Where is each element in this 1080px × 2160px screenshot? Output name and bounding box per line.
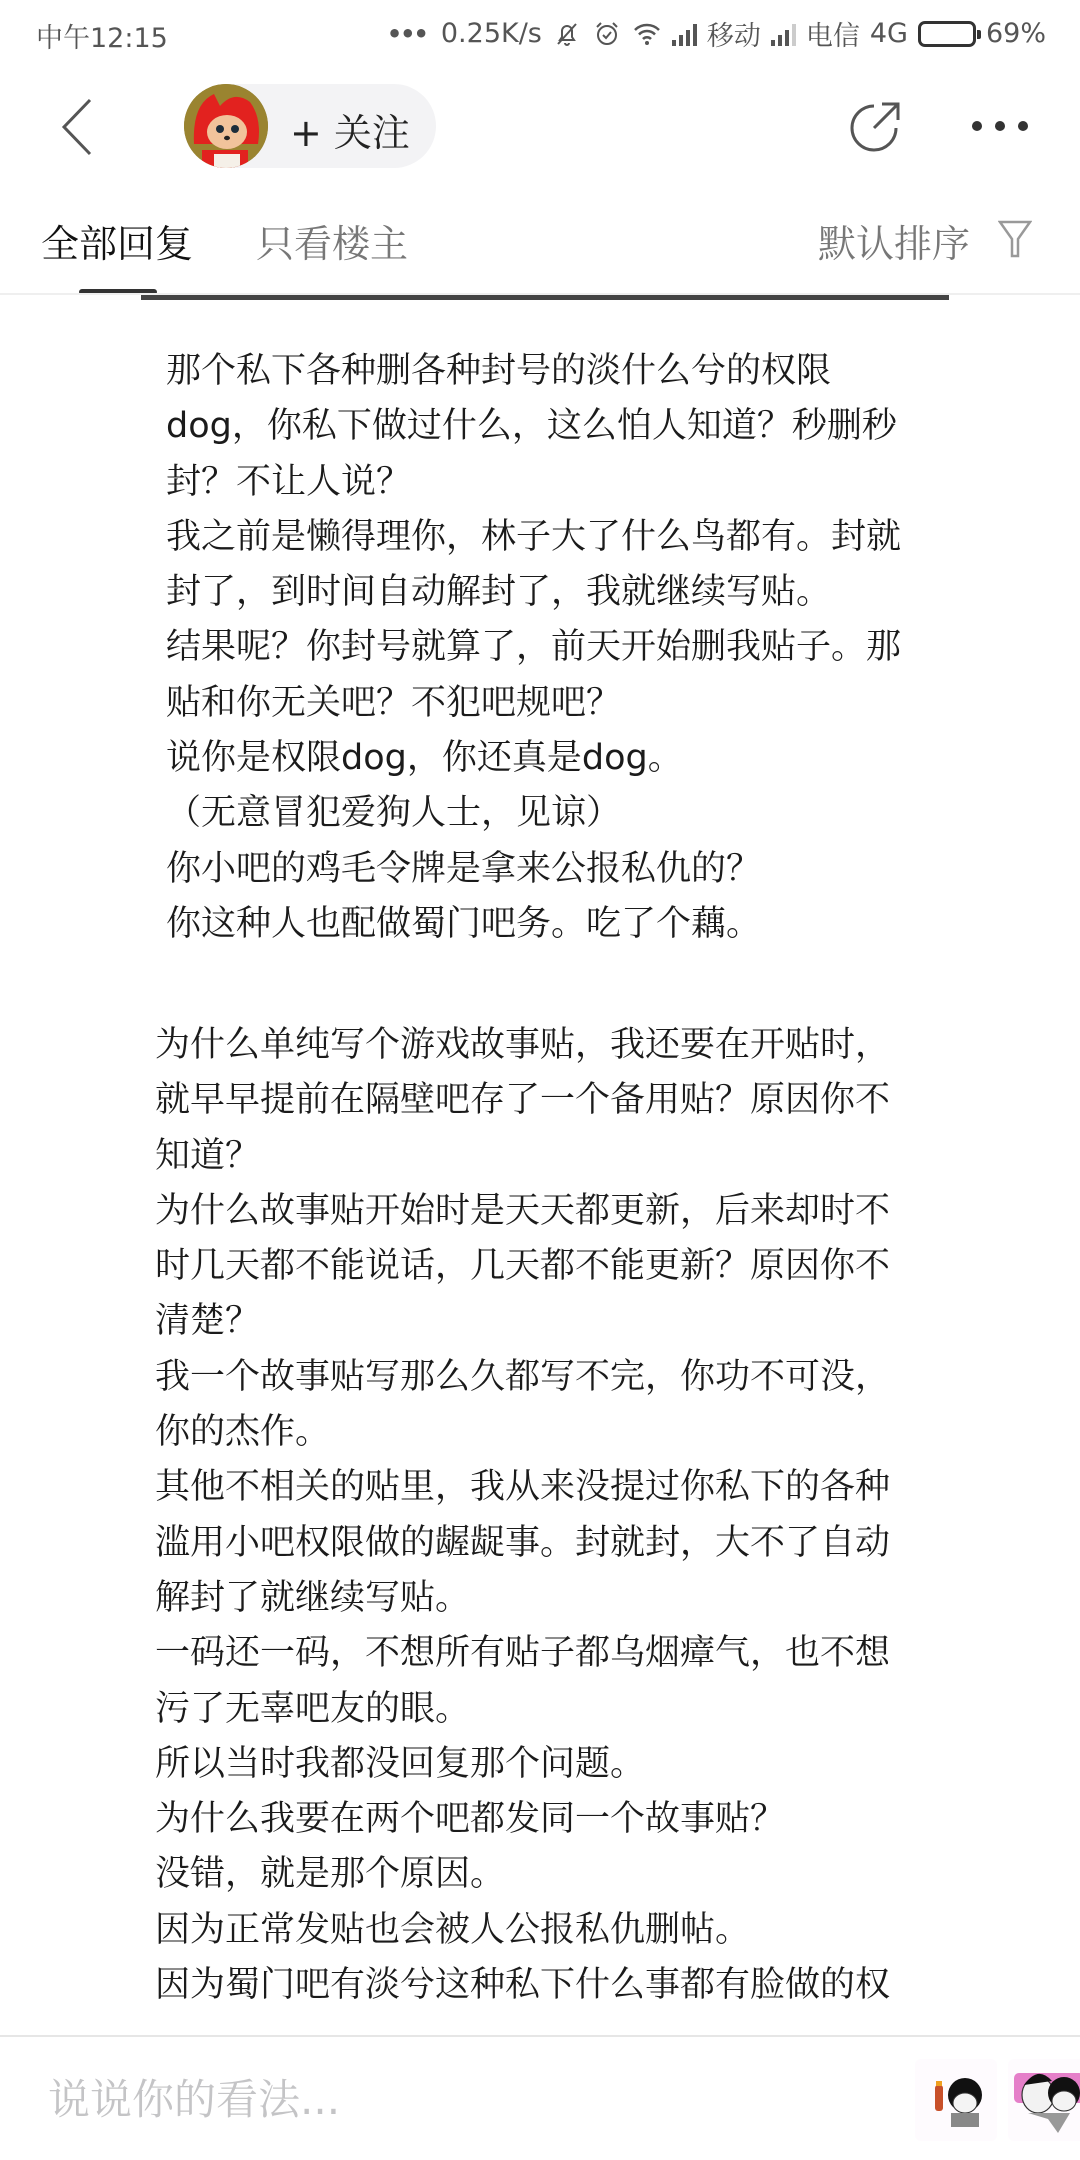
- text-line: 封？不让人说？: [166, 455, 901, 510]
- text-line: 其他不相关的贴里，我从来没提过你私下的各种: [155, 1460, 890, 1515]
- battery-icon: [918, 21, 976, 47]
- text-line: 滥用小吧权限做的龌龊事。封就封，大不了自动: [155, 1516, 890, 1571]
- signal-strength-icon-1: [672, 22, 697, 46]
- text-line: 你小吧的鸡毛令牌是拿来公报私仇的？: [166, 842, 901, 897]
- status-time: 中午12:15: [36, 16, 168, 55]
- signal-strength-icon-2: [771, 22, 796, 46]
- battery-percent: 69%: [986, 18, 1046, 49]
- text-line: 解封了就继续写贴。: [155, 1571, 890, 1626]
- follow-label: + 关注: [290, 102, 410, 157]
- sticker-drink-icon[interactable]: [915, 2059, 997, 2141]
- mute-bell-icon: [552, 19, 582, 49]
- wifi-icon: [632, 19, 662, 49]
- text-line: 为什么单纯写个游戏故事贴，我还要在开贴时，: [155, 1018, 890, 1073]
- status-bar: 中午12:15 ••• 0.25K/s 移动 电信 4G 69%: [0, 0, 1080, 66]
- text-line: 我一个故事贴写那么久都写不完，你功不可没，: [155, 1350, 890, 1405]
- text-line: 那个私下各种删各种封号的淡什么兮的权限: [166, 344, 901, 399]
- carrier-2: 电信: [806, 14, 860, 53]
- tab-op-only[interactable]: 只看楼主: [256, 213, 408, 268]
- post-paragraph-2: 为什么单纯写个游戏故事贴，我还要在开贴时， 就早早提前在隔壁吧存了一个备用贴？原…: [155, 1018, 890, 2013]
- carrier-1: 移动: [707, 14, 761, 53]
- share-icon[interactable]: [846, 98, 904, 156]
- text-line: 你的杰作。: [155, 1405, 890, 1460]
- text-line: 就早早提前在隔壁吧存了一个备用贴？原因你不: [155, 1073, 890, 1128]
- text-line: 封了，到时间自动解封了，我就继续写贴。: [166, 565, 901, 620]
- text-line: 因为正常发贴也会被人公报私仇删帖。: [155, 1903, 890, 1958]
- text-line: 你这种人也配做蜀门吧务。吃了个藕。: [166, 897, 901, 952]
- top-nav-bar: + 关注: [0, 72, 1080, 182]
- text-line: dog，你私下做过什么，这么怕人知道？秒删秒: [166, 399, 901, 454]
- avatar-cartoon-fox-icon: [184, 84, 268, 168]
- network-type: 4G: [870, 18, 908, 49]
- text-line: 时几天都不能说话，几天都不能更新？原因你不: [155, 1239, 890, 1294]
- user-avatar[interactable]: [184, 84, 268, 168]
- filter-funnel-icon[interactable]: [998, 219, 1032, 259]
- text-line: 贴和你无关吧？不犯吧规吧？: [166, 676, 901, 731]
- text-line: 知道？: [155, 1129, 890, 1184]
- comment-bar: [0, 2035, 1080, 2160]
- status-icons: ••• 0.25K/s 移动 电信 4G 69%: [387, 14, 1046, 53]
- network-speed: 0.25K/s: [441, 18, 542, 49]
- text-line: 清楚？: [155, 1294, 890, 1349]
- sort-dropdown[interactable]: 默认排序: [818, 213, 970, 268]
- back-chevron-icon[interactable]: [54, 94, 100, 160]
- text-line: 没错，就是那个原因。: [155, 1847, 890, 1902]
- comment-input[interactable]: [48, 2067, 848, 2131]
- more-notifications-icon: •••: [387, 20, 427, 48]
- text-line: 所以当时我都没回复那个问题。: [155, 1737, 890, 1792]
- text-line: 一码还一码，不想所有贴子都乌烟瘴气，也不想: [155, 1626, 890, 1681]
- sticker-couple-icon[interactable]: [1008, 2059, 1080, 2141]
- text-line: （无意冒犯爱狗人士，见谅）: [166, 786, 901, 841]
- more-options-icon[interactable]: [972, 116, 1028, 136]
- post-content: 那个私下各种删各种封号的淡什么兮的权限 dog，你私下做过什么，这么怕人知道？秒…: [0, 300, 1080, 2035]
- text-line: 为什么故事贴开始时是天天都更新，后来却时不: [155, 1184, 890, 1239]
- text-line: 为什么我要在两个吧都发同一个故事贴？: [155, 1792, 890, 1847]
- text-line: 说你是权限dog，你还真是dog。: [166, 731, 901, 786]
- alarm-icon: [592, 19, 622, 49]
- reply-tabs: 全部回复 只看楼主 默认排序: [0, 205, 1080, 295]
- text-line: 结果呢？你封号就算了，前天开始删我贴子。那: [166, 620, 901, 675]
- text-line: 污了无辜吧友的眼。: [155, 1682, 890, 1737]
- post-paragraph-1: 那个私下各种删各种封号的淡什么兮的权限 dog，你私下做过什么，这么怕人知道？秒…: [166, 344, 901, 952]
- text-line: 因为蜀门吧有淡兮这种私下什么事都有脸做的权: [155, 1958, 890, 2013]
- follow-button[interactable]: + 关注: [186, 84, 436, 168]
- text-line: 我之前是懒得理你，林子大了什么鸟都有。封就: [166, 510, 901, 565]
- tab-all-replies[interactable]: 全部回复: [41, 213, 193, 268]
